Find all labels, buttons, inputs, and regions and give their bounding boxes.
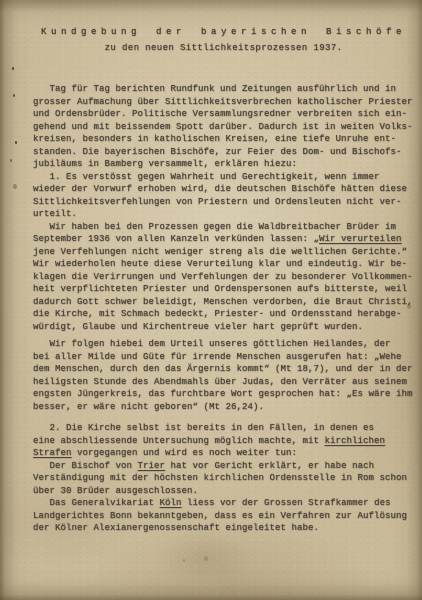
text-segment: Sittlichkeitsverfehlungen von Priestern … <box>33 197 402 207</box>
text-segment: gehend und mit beissendem Spott darüber.… <box>33 122 413 132</box>
text-segment: die Kirche, mit Schmach bedeckt, Prieste… <box>33 309 402 319</box>
paragraph: Tag für Tag berichten Rundfunk und Zeitu… <box>33 83 414 171</box>
paragraph: 1. Es verstösst gegen Wahrheit und Gerec… <box>33 171 414 221</box>
text-segment: Landgerichtes Bonn bekanntgeben, dass es… <box>33 511 407 521</box>
text-segment: September 1936 von allen Kanzeln verkünd… <box>33 234 319 244</box>
text-segment: besser, er wäre nicht geboren“ (Mt 26,24… <box>33 402 264 412</box>
text-segment: 1. Es verstösst gegen Wahrheit und Gerec… <box>33 172 380 182</box>
ink-speck <box>12 67 14 70</box>
paragraph: Der Bischof von Trier hat vor Gericht er… <box>33 460 414 498</box>
text-segment: Das Generalvikariat <box>33 498 160 508</box>
scanned-document-photo: Kundgebung der bayerischen Bischöfe zu d… <box>0 0 422 600</box>
underlined-text: Trier <box>138 461 166 471</box>
text-segment: eine abschliessende Untersuchung möglich… <box>33 436 325 446</box>
text-segment: heiligsten Stunde des Abendmahls über Ju… <box>33 377 407 387</box>
text-segment: liess vor der Grossen Strafkammer des <box>182 498 391 508</box>
text-segment: jubiläums in Bamberg versammelt, erkläre… <box>33 159 297 169</box>
document-content: Kundgebung der bayerischen Bischöfe zu d… <box>33 26 414 535</box>
text-segment: klagen die Verirrungen und Verfehlungen … <box>33 272 413 282</box>
paragraph: Wir haben bei den Prozessen gegen die Wa… <box>33 221 414 334</box>
text-segment: engsten Jüngerkreis, das furchtbare Wort… <box>33 389 413 399</box>
text-segment: grosser Aufmachung über Sittlichkeitsver… <box>33 97 413 107</box>
text-segment: heit verpflichteten Priester und Ordensp… <box>33 284 407 294</box>
text-segment: Der Bischof von <box>33 461 138 471</box>
document-body: Tag für Tag berichten Rundfunk und Zeitu… <box>33 83 414 535</box>
text-segment: würdigt, Glaube und Kirchentreue vieler … <box>33 322 363 332</box>
text-segment: Wir haben bei den Prozessen gegen die Wa… <box>33 222 396 232</box>
paragraph: 2. Die Kirche selbst ist bereits in den … <box>33 422 414 460</box>
underlined-text: kirchlichen <box>325 436 386 446</box>
text-segment: wieder der Vorwurf erhoben wird, die deu… <box>33 184 407 194</box>
text-segment: dem Menschen, durch den das Ärgernis kom… <box>33 364 413 374</box>
text-segment: hat vor Gericht erklärt, er habe nach <box>165 461 374 471</box>
text-segment: Wir folgen hiebei dem Urteil unseres göt… <box>33 339 391 349</box>
text-segment: 2. Die Kirche selbst ist bereits in den … <box>33 423 374 433</box>
text-segment: dadurch Gott schwer beleidigt, Menschen … <box>33 297 413 307</box>
text-segment: Verständigung mit der höchsten kirchlich… <box>33 473 407 483</box>
text-segment: standen. Die bayerischen Bischöfe, zur F… <box>33 147 402 157</box>
underlined-text: Strafen <box>33 448 72 458</box>
text-segment: über 30 Brüder ausgeschlossen. <box>33 486 198 496</box>
paragraph: Wir folgen hiebei dem Urteil unseres göt… <box>33 338 414 413</box>
text-segment: urteilt. <box>33 209 77 219</box>
text-segment: jene Verfehlungen nicht weniger streng a… <box>33 247 407 257</box>
text-segment: Wir wiederholen heute diese Verurteilung… <box>33 259 407 269</box>
text-segment: vorgegangen und wird es noch weiter tun: <box>72 448 298 458</box>
text-segment: kreisen, besonders in katholischen Kreis… <box>33 134 396 144</box>
document-subtitle: zu den neuen Sittlichkeitsprozessen 1937… <box>33 42 414 54</box>
text-segment: Tag für Tag berichten Rundfunk und Zeitu… <box>33 84 396 94</box>
text-segment: und Ordensbrüder. Politische Versammlung… <box>33 109 407 119</box>
underlined-text: Wir verurteilen <box>319 234 402 244</box>
text-segment: bei aller Milde und Güte für irrende Men… <box>33 352 402 362</box>
document-title: Kundgebung der bayerischen Bischöfe <box>33 26 414 38</box>
text-segment: der Kölner Alexianergenossenschaft einge… <box>33 523 319 533</box>
paragraph: Das Generalvikariat Köln liess vor der G… <box>33 497 414 535</box>
underlined-text: Köln <box>160 498 182 508</box>
